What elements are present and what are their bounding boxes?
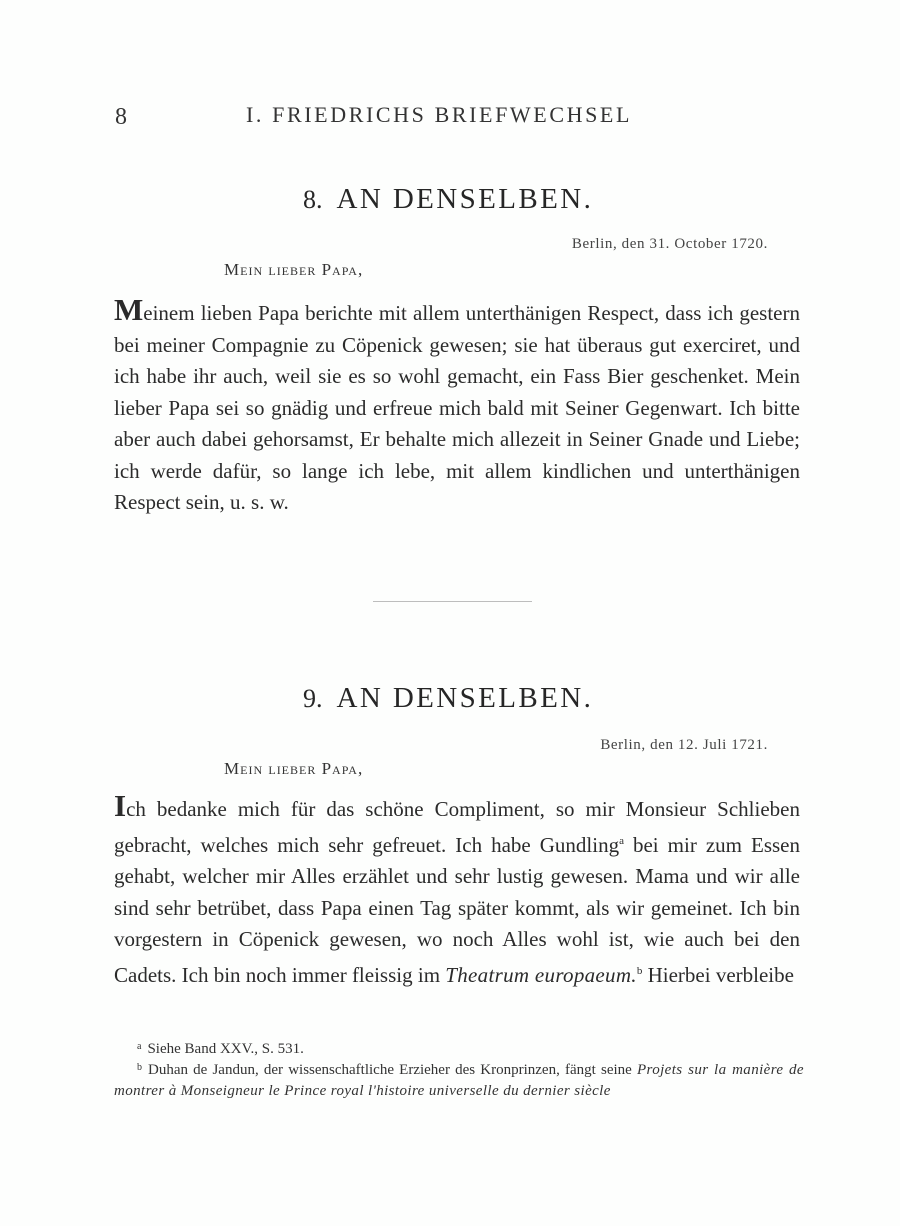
letter-body: Ich bedanke mich für das schöne Complime… (114, 790, 800, 991)
letter-title: AN DENSELBEN. (337, 183, 594, 215)
page-number: 8 (115, 104, 127, 131)
letter-body-text: einem lieben Papa berichte mit allem unt… (114, 301, 800, 514)
italic-work-title: Theatrum europaeum. (445, 963, 637, 987)
running-title: I. FRIEDRICHS BRIEFWECHSEL (246, 102, 632, 128)
section-divider (373, 601, 532, 602)
letter-body: Meinem lieben Papa berichte mit allem un… (114, 294, 800, 519)
footnote-text: Siehe Band XXV., S. 531. (147, 1041, 303, 1057)
letter-dateline: Berlin, den 12. Juli 1721. (600, 737, 768, 754)
letter-number: 9. (303, 684, 323, 713)
letter-salutation: Mein lieber Papa, (224, 759, 363, 779)
letter-heading: 8.AN DENSELBEN. (303, 183, 593, 216)
letter-heading: 9.AN DENSELBEN. (303, 682, 593, 715)
footnote-marker: a (137, 1041, 141, 1052)
letter-salutation: Mein lieber Papa, (224, 260, 363, 280)
letter-number: 8. (303, 185, 323, 214)
footnote-text: Duhan de Jandun, der wissenschaftliche E… (148, 1062, 637, 1078)
letter-dateline: Berlin, den 31. October 1720. (572, 236, 768, 253)
footnote-marker: b (137, 1062, 142, 1073)
drop-cap: I (114, 788, 126, 823)
footnote-b: bDuhan de Jandun, der wissenschaftliche … (114, 1057, 804, 1102)
drop-cap: M (114, 292, 143, 327)
letter-body-text: Hierbei verbleibe (642, 963, 794, 987)
letter-title: AN DENSELBEN. (337, 682, 594, 714)
